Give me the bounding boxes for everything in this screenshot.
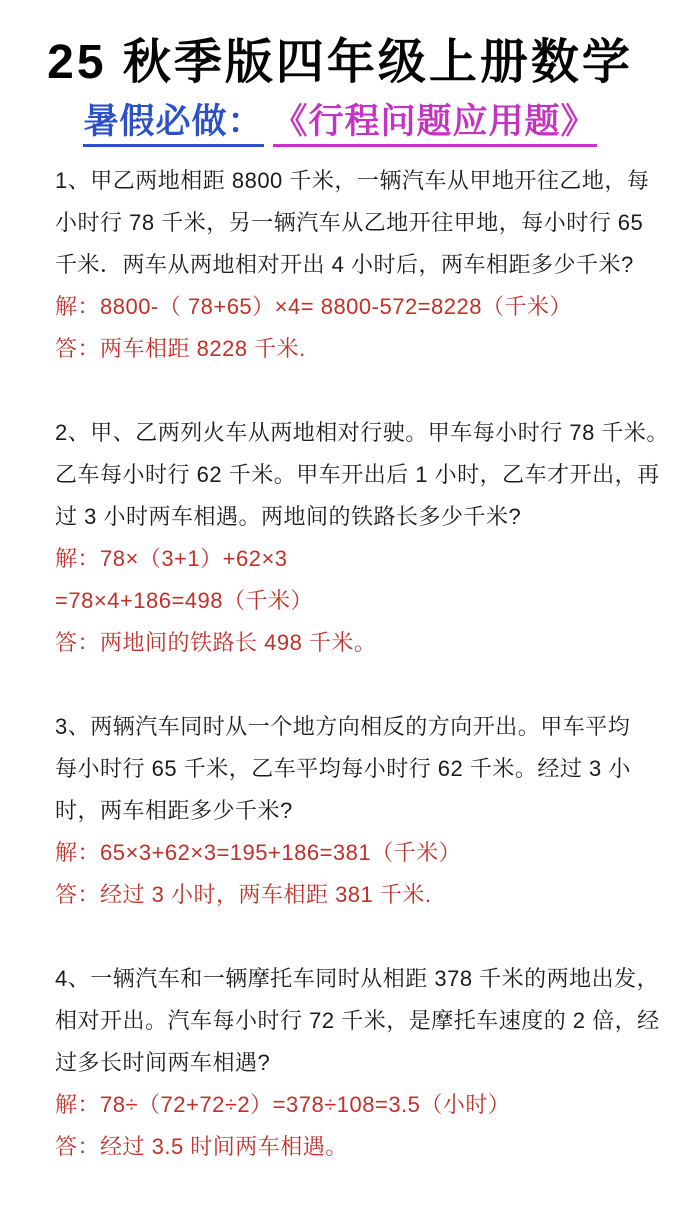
question-line: 3、两辆汽车同时从一个地方向相反的方向开出。甲车平均 xyxy=(55,706,650,748)
question-line: 2、甲、乙两列火车从两地相对行驶。甲车每小时行 78 千米。 xyxy=(55,412,650,454)
answer-line: 答：经过 3.5 时间两车相遇。 xyxy=(55,1126,650,1168)
subtitle-label: 暑假必做： xyxy=(83,102,263,147)
worksheet-page: 25 秋季版四年级上册数学 暑假必做：《行程问题应用题》 1、甲乙两地相距 88… xyxy=(0,0,680,1209)
answer-line: 答：两地间的铁路长 498 千米。 xyxy=(55,622,650,664)
subtitle: 暑假必做：《行程问题应用题》 xyxy=(0,102,680,147)
question-line: 乙车每小时行 62 千米。甲车开出后 1 小时，乙车才开出，再 xyxy=(55,454,650,496)
solution-line: 解：65×3+62×3=195+186=381（千米） xyxy=(55,832,650,874)
subtitle-topic: 《行程问题应用题》 xyxy=(273,102,597,147)
problem-2: 2、甲、乙两列火车从两地相对行驶。甲车每小时行 78 千米。 乙车每小时行 62… xyxy=(55,412,650,664)
question-line: 每小时行 65 千米，乙车平均每小时行 62 千米。经过 3 小 xyxy=(55,748,650,790)
question-line: 过 3 小时两车相遇。两地间的铁路长多少千米? xyxy=(55,496,650,538)
question-line: 1、甲乙两地相距 8800 千米，一辆汽车从甲地开往乙地，每 xyxy=(55,160,650,202)
problem-1: 1、甲乙两地相距 8800 千米，一辆汽车从甲地开往乙地，每 小时行 78 千米… xyxy=(55,160,650,370)
page-title: 25 秋季版四年级上册数学 xyxy=(0,34,680,92)
solution-line: 解：8800-（ 78+65）×4= 8800-572=8228（千米） xyxy=(55,286,650,328)
question-line: 4、一辆汽车和一辆摩托车同时从相距 378 千米的两地出发， xyxy=(55,958,650,1000)
answer-line: 答：经过 3 小时，两车相距 381 千米. xyxy=(55,874,650,916)
question-line: 千米．两车从两地相对开出 4 小时后，两车相距多少千米? xyxy=(55,244,650,286)
problem-4: 4、一辆汽车和一辆摩托车同时从相距 378 千米的两地出发， 相对开出。汽车每小… xyxy=(55,958,650,1168)
solution-line: =78×4+186=498（千米） xyxy=(55,580,650,622)
solution-line: 解：78×（3+1）+62×3 xyxy=(55,538,650,580)
question-line: 时，两车相距多少千米? xyxy=(55,790,650,832)
question-line: 小时行 78 千米，另一辆汽车从乙地开往甲地，每小时行 65 xyxy=(55,202,650,244)
solution-line: 解：78÷（72+72÷2）=378÷108=3.5（小时） xyxy=(55,1084,650,1126)
question-line: 相对开出。汽车每小时行 72 千米，是摩托车速度的 2 倍，经 xyxy=(55,1000,650,1042)
problem-3: 3、两辆汽车同时从一个地方向相反的方向开出。甲车平均 每小时行 65 千米，乙车… xyxy=(55,706,650,916)
problems-list: 1、甲乙两地相距 8800 千米，一辆汽车从甲地开往乙地，每 小时行 78 千米… xyxy=(0,147,680,1168)
answer-line: 答：两车相距 8228 千米. xyxy=(55,328,650,370)
question-line: 过多长时间两车相遇? xyxy=(55,1042,650,1084)
